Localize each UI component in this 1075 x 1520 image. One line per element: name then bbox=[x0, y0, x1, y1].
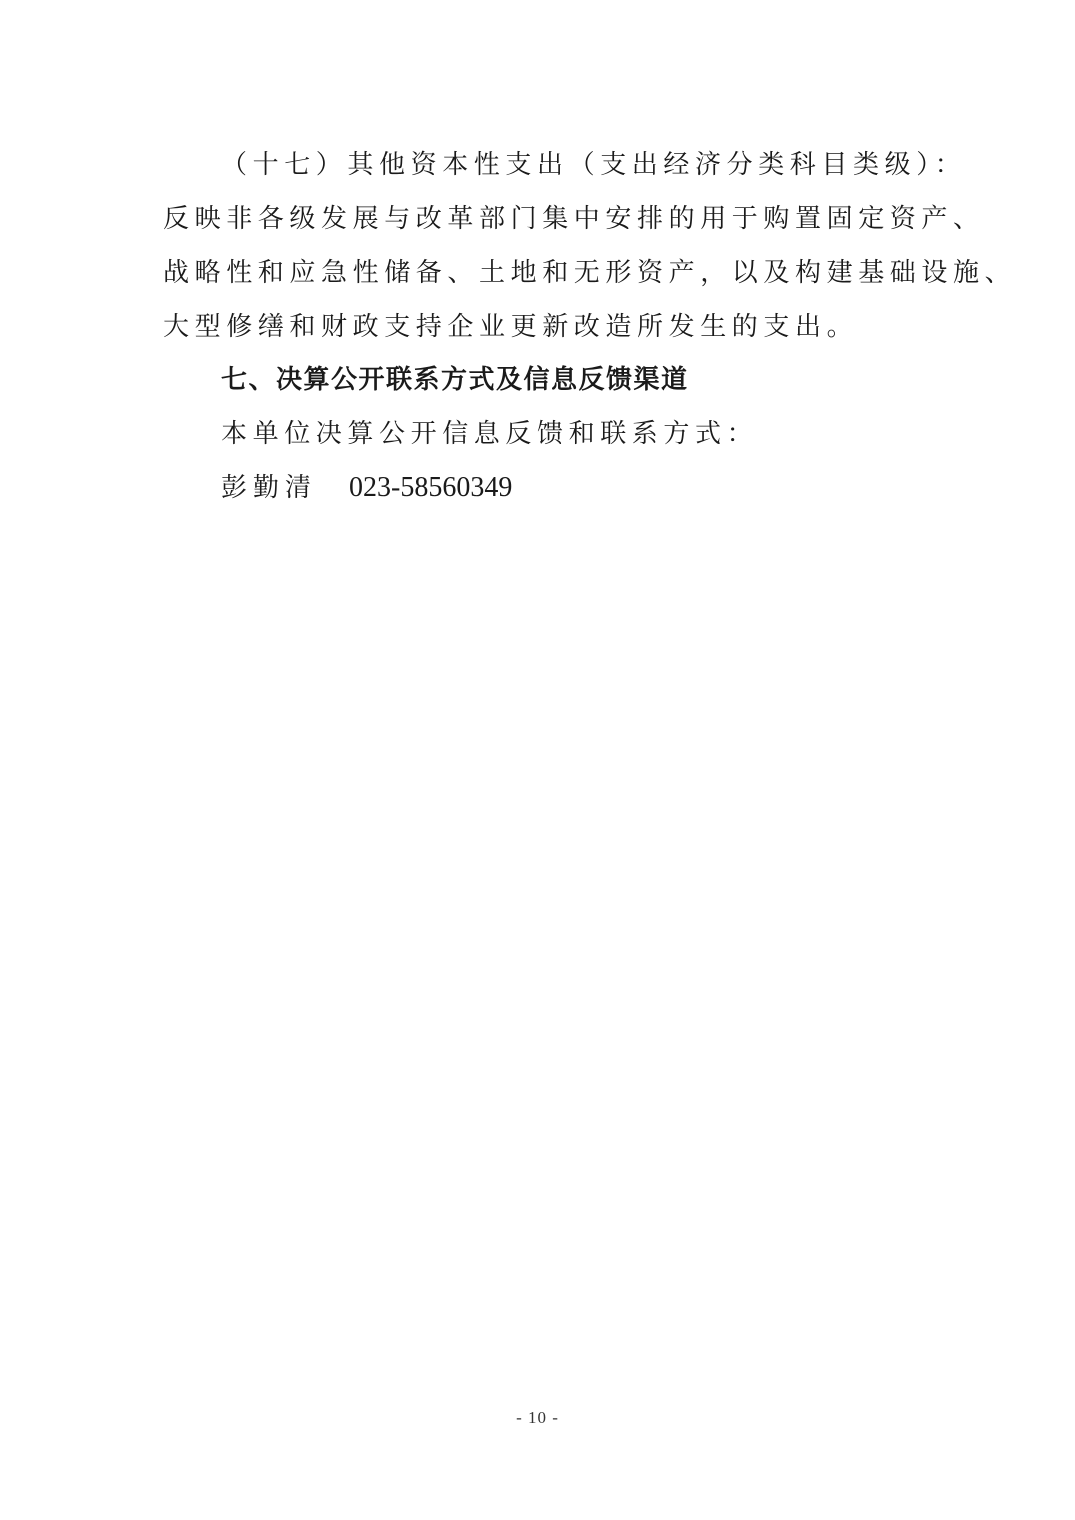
section-17-body-line-1: 反映非各级发展与改革部门集中安排的用于购置固定资产、 bbox=[163, 199, 985, 239]
document-page: （十七）其他资本性支出（支出经济分类科目类级）： 反映非各级发展与改革部门集中安… bbox=[0, 0, 1075, 1520]
section-17-body-line-2: 战略性和应急性储备、土地和无形资产，以及构建基础设施、 bbox=[163, 253, 1016, 293]
section-17-body-line-3: 大型修缮和财政支持企业更新改造所发生的支出。 bbox=[163, 307, 858, 347]
section-17-title: （十七）其他资本性支出（支出经济分类科目类级）： bbox=[221, 145, 966, 185]
section-7-intro: 本单位决算公开信息反馈和联系方式： bbox=[221, 414, 758, 454]
contact-phone: 023-58560349 bbox=[349, 472, 512, 503]
page-number: - 10 - bbox=[0, 1408, 1075, 1428]
section-7-heading: 七、决算公开联系方式及信息反馈渠道 bbox=[221, 360, 689, 400]
contact-line: 彭勤清023-58560349 bbox=[221, 468, 512, 508]
contact-name: 彭勤清 bbox=[221, 473, 317, 503]
